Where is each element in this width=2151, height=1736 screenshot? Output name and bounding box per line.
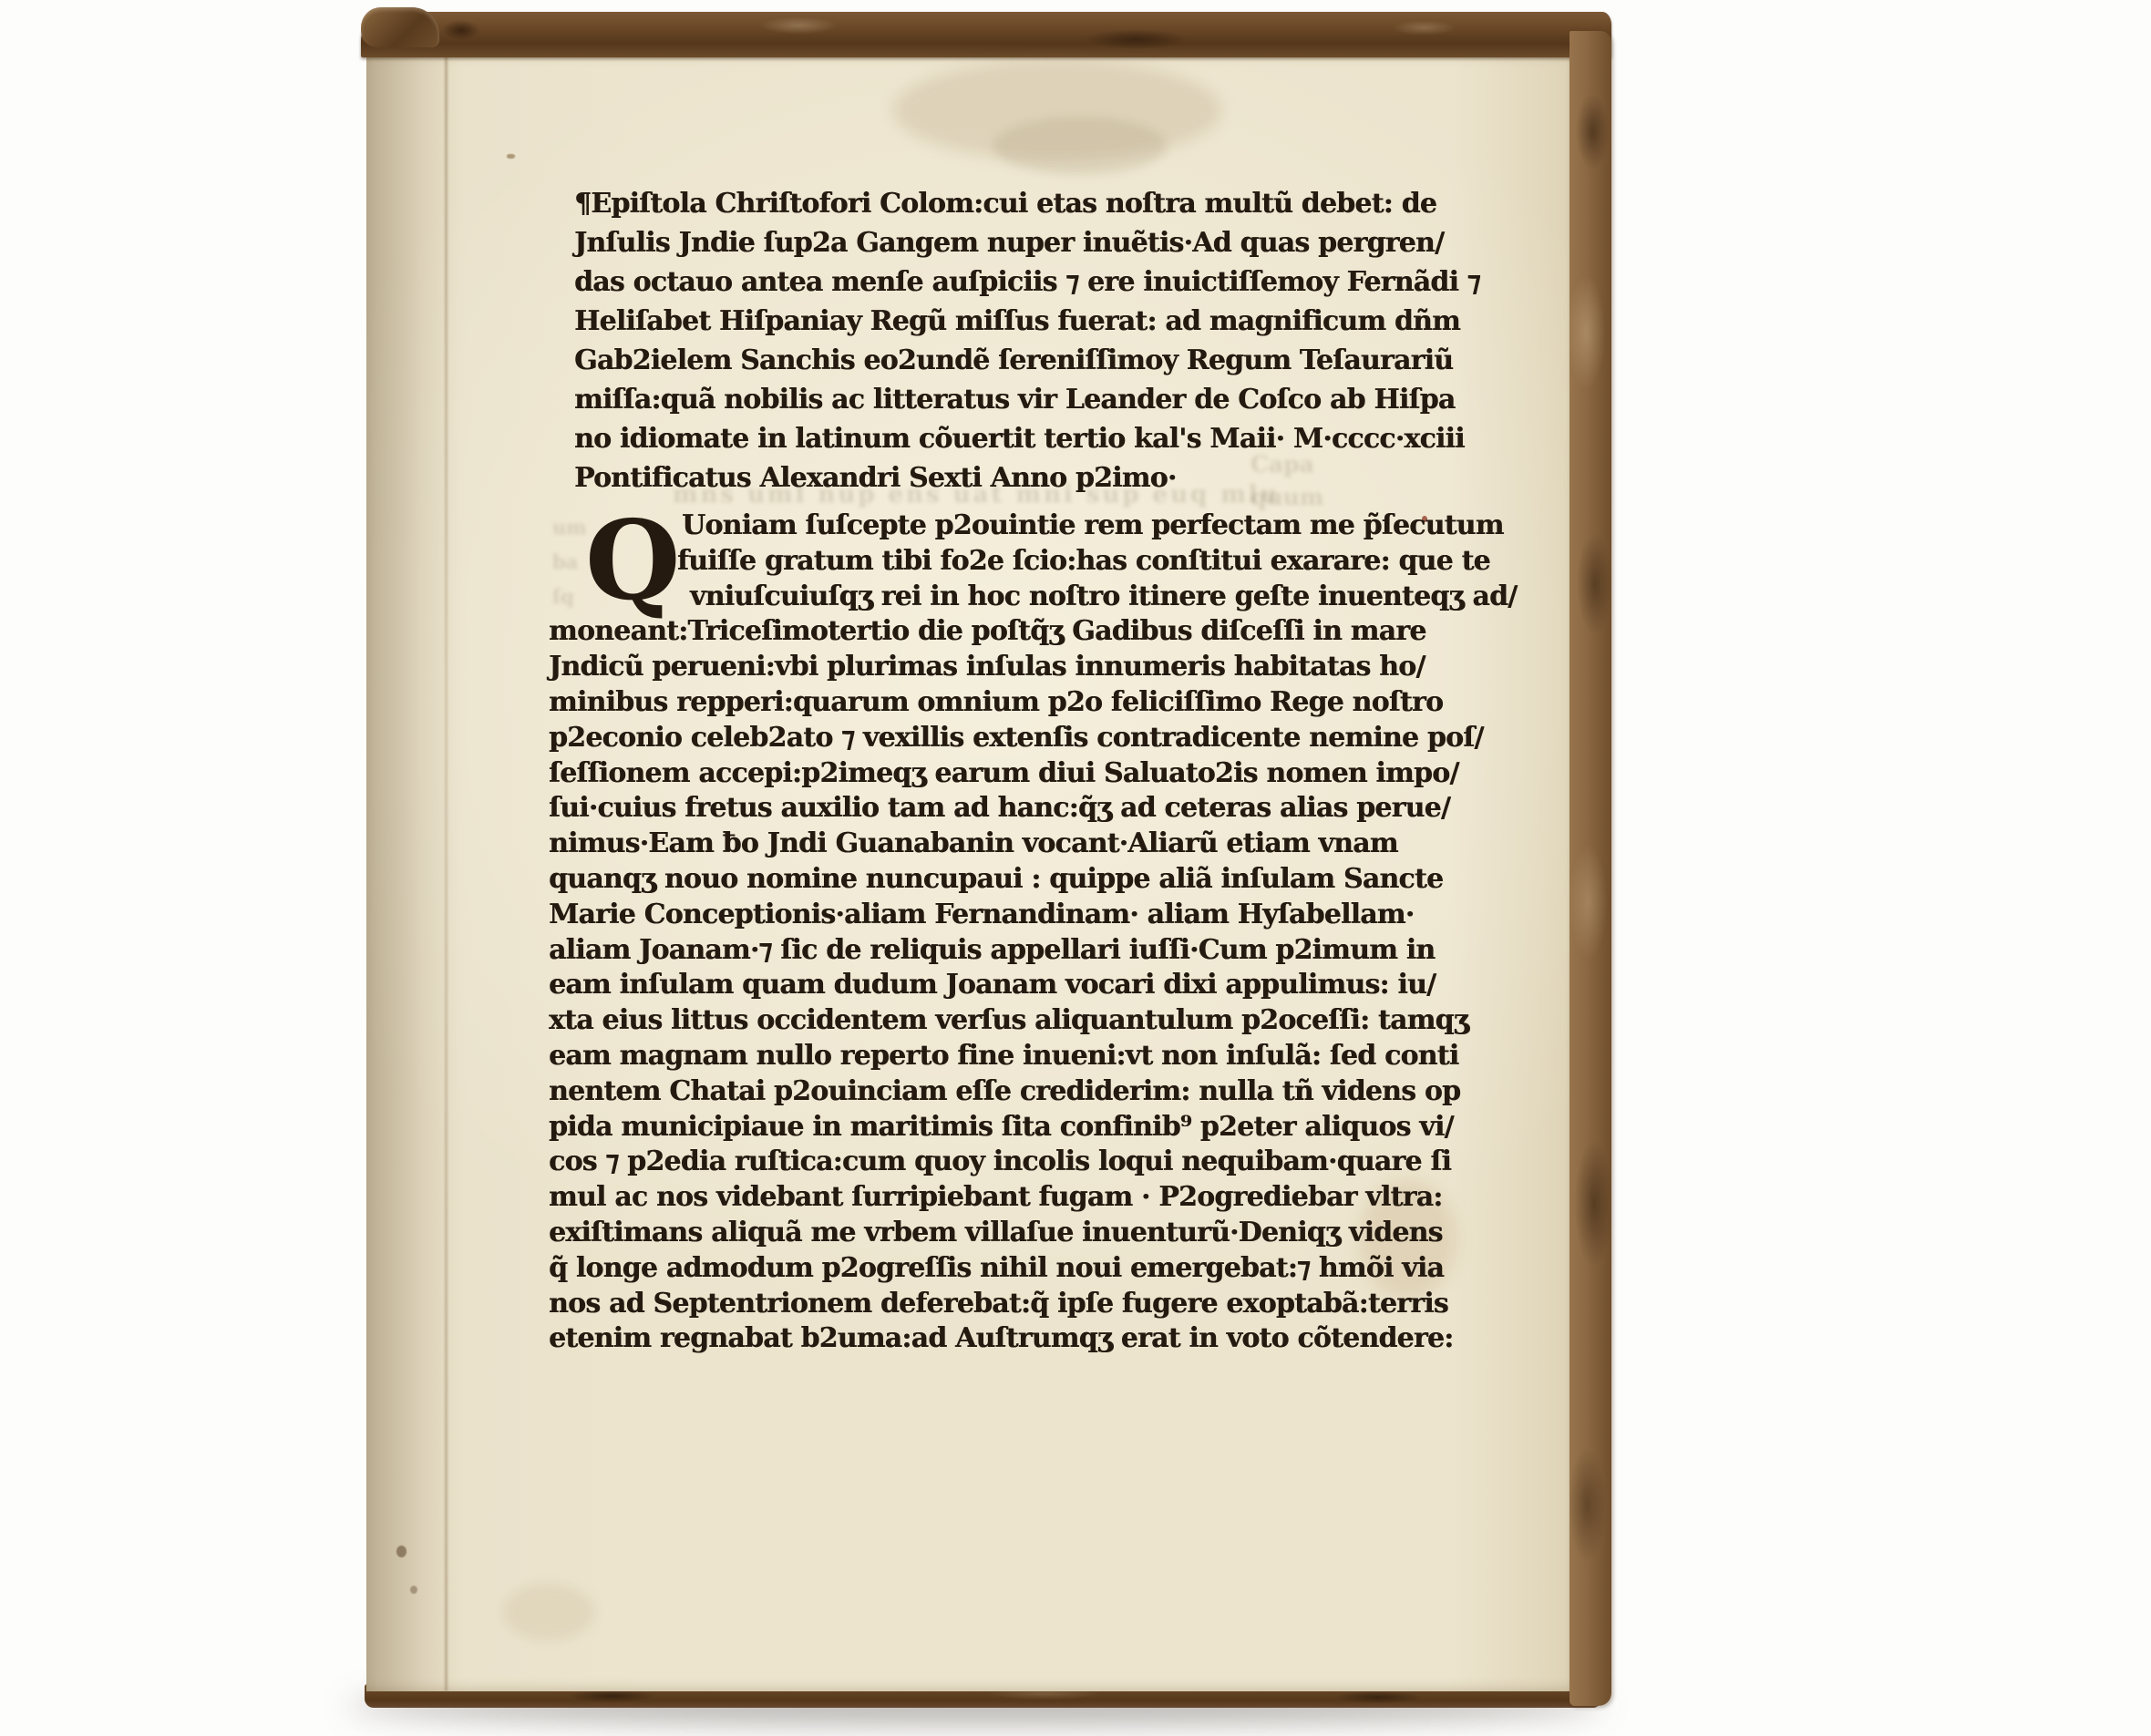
text-line: exiſtimans aliquã me vrbem villaſue inue…	[549, 1216, 1405, 1251]
text-line: no idiomate in latinum cõuertit tertio k…	[574, 419, 1404, 458]
text-line: nimus·Eam ƀo Jndi Guanabanin vocant·Alia…	[549, 827, 1405, 862]
text-line: Jnſulis Jndie ſup2a Gangem nuper inuẽtis…	[574, 223, 1404, 262]
text-line: minibus repperi:quarum omnium p2o felici…	[549, 685, 1405, 721]
letter-body-text: Uoniam ſuſcepte p2ouintie rem perfectam …	[549, 508, 1405, 1357]
text-line: moneant:Triceſimotertio die poſtq̃ʒ Gadi…	[549, 614, 1405, 650]
leather-spine-curl	[361, 7, 439, 47]
text-line: q̃ longe admodum p2ogreſſis nihil noui e…	[549, 1251, 1405, 1287]
leather-fore-edge	[1570, 31, 1611, 1706]
text-line: das octauo antea menſe auſpiciis ⁊ ere i…	[574, 262, 1404, 302]
text-line: ſui·cuius fretus auxilio tam ad hanc:q̃ʒ…	[549, 791, 1405, 827]
text-line: Jndicũ perueni:vbi plurimas inſulas innu…	[549, 650, 1405, 685]
text-line: Heliſabet Hiſpaniay Regũ miſſus fuerat: …	[574, 302, 1404, 341]
incipit-heading: ¶Epiſtola Chriſtofori Colom:cui etas noſ…	[574, 184, 1404, 498]
text-line: quanqʒ nouo nomine nuncupaui : quippe al…	[549, 862, 1405, 898]
text-line: ¶Epiſtola Chriſtofori Colom:cui etas noſ…	[574, 184, 1404, 223]
text-line: eam inſulam quam dudum Joanam vocari dix…	[549, 968, 1405, 1003]
text-line: fuiſſe gratum tibi fo2e ſcio:has conſtit…	[549, 544, 1405, 580]
gutter-shading	[366, 46, 458, 1691]
text-line: eam magnam nullo reperto fine inueni:vt …	[549, 1039, 1405, 1074]
text-line: Pontificatus Alexandri Sexti Anno p2imo·	[574, 458, 1404, 498]
text-line: ſeſſionem accepi:p2imeqʒ earum diui Salu…	[549, 756, 1405, 792]
text-line: mul ac nos videbant ſurripiebant fugam ·…	[549, 1180, 1405, 1216]
text-line: miſſa:quã nobilis ac litteratus vir Lean…	[574, 380, 1404, 419]
text-line: pida municipiaue in maritimis ſita confi…	[549, 1110, 1405, 1145]
gutter-crease	[445, 46, 448, 1691]
book: mns uml nup ens uat mni sup euq mlu umba…	[0, 0, 2151, 1736]
leather-top-edge	[361, 12, 1611, 57]
text-line: vniuſcuiuſqʒ rei in hoc noſtro itinere g…	[549, 580, 1405, 615]
text-line: aliam Joanam·⁊ ſic de reliquis appellari…	[549, 933, 1405, 969]
text-line: Gab2ielem Sanchis eo2undẽ ſereniſſimoy R…	[574, 341, 1404, 380]
text-line: nos ad Septentrionem deferebat:q̃ ipſe f…	[549, 1287, 1405, 1322]
text-line: etenim regnabat b2uma:ad Auſtrumqʒ erat …	[549, 1321, 1405, 1357]
text-line: cos ⁊ p2edia ruſtica:cum quoy incolis lo…	[549, 1145, 1405, 1180]
text-line: p2econio celeb2ato ⁊ vexillis extenſis c…	[549, 721, 1405, 756]
photo-stage: mns uml nup ens uat mni sup euq mlu umba…	[0, 0, 2151, 1736]
text-line: nentem Chatai p2ouinciam eſſe crediderim…	[549, 1074, 1405, 1110]
text-line: Marie Conceptionis·aliam Fernandinam· al…	[549, 898, 1405, 933]
text-line: Uoniam ſuſcepte p2ouintie rem perfectam …	[549, 508, 1405, 544]
text-line: xta eius littus occidentem verſus aliqua…	[549, 1003, 1405, 1039]
